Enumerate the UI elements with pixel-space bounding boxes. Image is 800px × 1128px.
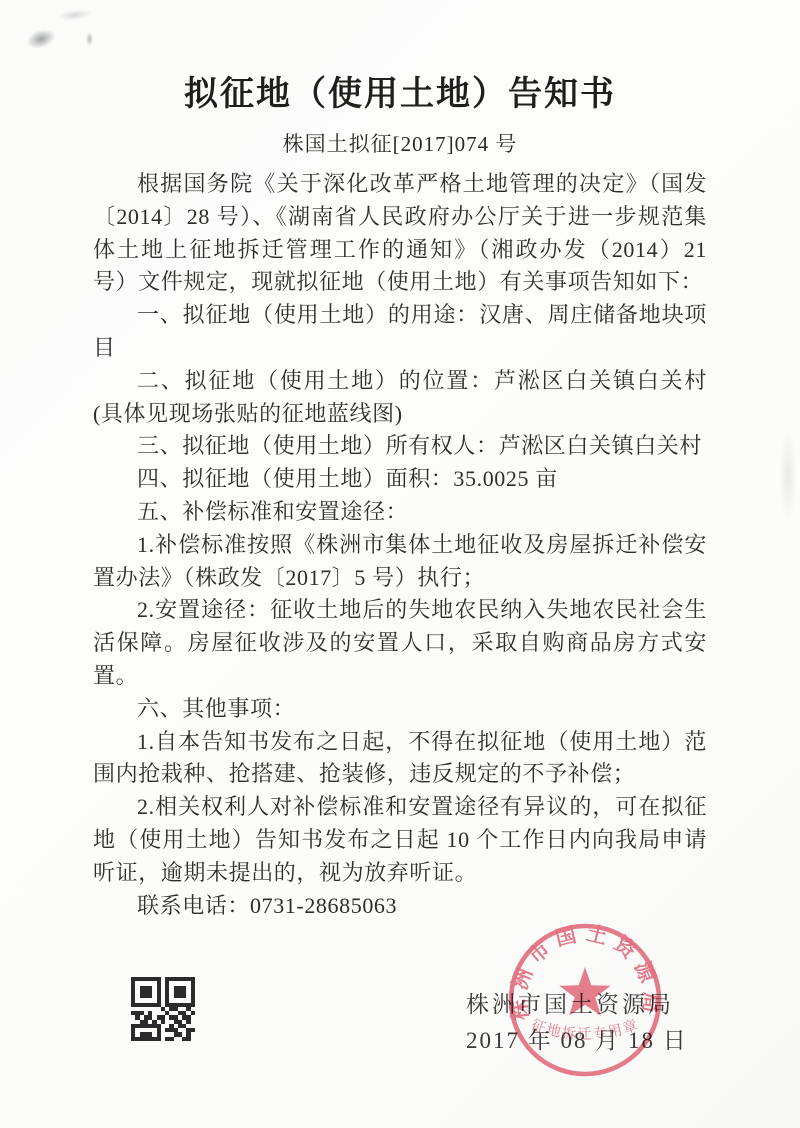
body-paragraph: 三、拟征地（使用土地）所有权人：芦淞区白关镇白关村: [93, 430, 707, 463]
document-page: 拟征地（使用土地）告知书 株国土拟征[2017]074 号 根据国务院《关于深化…: [0, 0, 800, 1128]
body-paragraph: 2.安置途径：征收土地后的失地农民纳入失地农民社会生活保障。房屋征收涉及的安置人…: [93, 594, 707, 692]
body-paragraph: 联系电话：0731-28685063: [93, 890, 707, 923]
body-paragraph: 一、拟征地（使用土地）的用途：汉唐、周庄储备地块项目: [93, 299, 707, 365]
document-title: 拟征地（使用土地）告知书: [0, 0, 800, 115]
document-number: 株国土拟征[2017]074 号: [0, 128, 800, 158]
qr-code: [131, 977, 195, 1041]
body-paragraph: 1.补偿标准按照《株洲市集体土地征收及房屋拆迁补偿安置办法》（株政发〔2017〕…: [93, 529, 707, 595]
body-paragraph: 2.相关权利人对补偿标准和安置途径有异议的，可在拟征地（使用土地）告知书发布之日…: [93, 791, 707, 889]
seal-bottom-text: 征地拆迁专用章: [529, 1015, 641, 1043]
body-paragraph: 六、其他事项：: [93, 693, 707, 726]
body-paragraph: 1.自本告知书发布之日起，不得在拟征地（使用土地）范围内抢栽种、抢搭建、抢装修，…: [93, 726, 707, 792]
seal-star-icon: [559, 967, 610, 1016]
official-seal: 株洲市国土资源局 征地拆迁专用章: [505, 920, 665, 1080]
body-paragraph: 五、补偿标准和安置途径：: [93, 496, 707, 529]
document-body: 根据国务院《关于深化改革严格土地管理的决定》（国发〔2014〕28 号）、《湖南…: [93, 168, 707, 922]
body-paragraph: 二、拟征地（使用土地）的位置：芦淞区白关镇白关村(具体见现场张贴的征地蓝线图): [93, 365, 707, 431]
body-paragraph: 四、拟征地（使用土地）面积：35.0025 亩: [93, 463, 707, 496]
body-paragraph: 根据国务院《关于深化改革严格土地管理的决定》（国发〔2014〕28 号）、《湖南…: [93, 168, 707, 299]
scan-smudge: [780, 430, 796, 520]
